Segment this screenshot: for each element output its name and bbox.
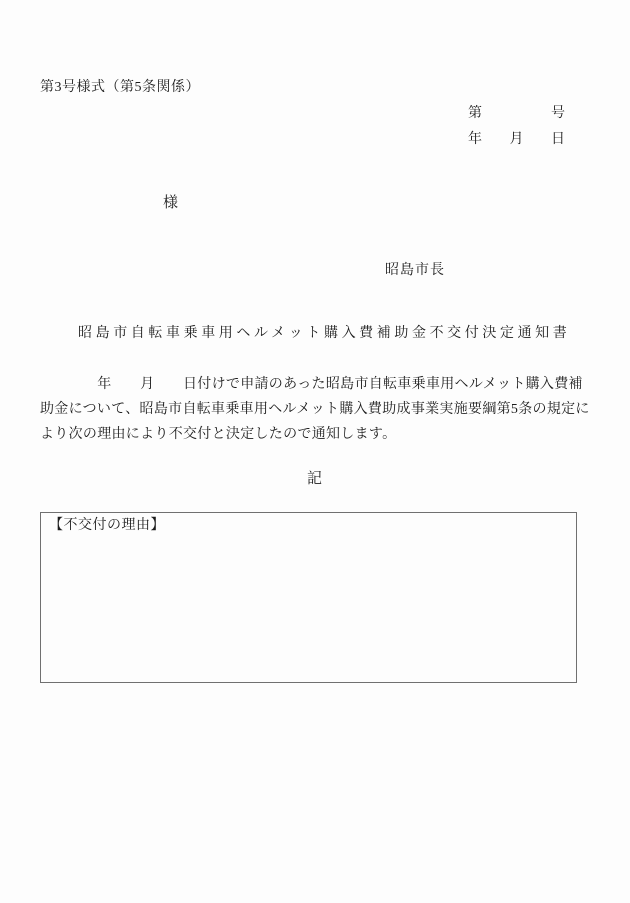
month-label: 月: [510, 133, 524, 147]
reason-box-heading: 【不交付の理由】: [41, 513, 576, 533]
addressee-honorific: 様: [163, 196, 178, 211]
document-number-suffix: 号: [551, 107, 565, 121]
body-line-3: より次の理由により不交付と決定したので通知します。: [40, 428, 592, 453]
record-marker: 記: [307, 472, 322, 487]
document-number-line: 第 号: [468, 107, 565, 121]
year-label: 年: [468, 133, 482, 147]
body-paragraph: 年 月 日付けで申請のあった昭島市自転車乗車用ヘルメット購入費補 助金について、…: [40, 378, 592, 453]
body-line-2: 助金について、昭島市自転車乗車用ヘルメット購入費助成事業実施要綱第5条の規定に: [40, 403, 592, 428]
form-number-label: 第3号様式（第5条関係）: [40, 81, 200, 95]
day-label: 日: [551, 133, 565, 147]
reason-box: 【不交付の理由】: [40, 512, 577, 683]
document-number-prefix: 第: [468, 107, 482, 121]
date-line: 年 月 日: [468, 133, 565, 147]
document-page: 第3号様式（第5条関係） 第 号 年 月 日 様 昭島市長 昭島市自転車乗車用ヘ…: [0, 0, 630, 903]
sender-title: 昭島市長: [385, 264, 445, 278]
body-line-1: 年 月 日付けで申請のあった昭島市自転車乗車用ヘルメット購入費補: [40, 378, 592, 403]
document-title: 昭島市自転車乗車用ヘルメット購入費補助金不交付決定通知書: [78, 327, 570, 341]
